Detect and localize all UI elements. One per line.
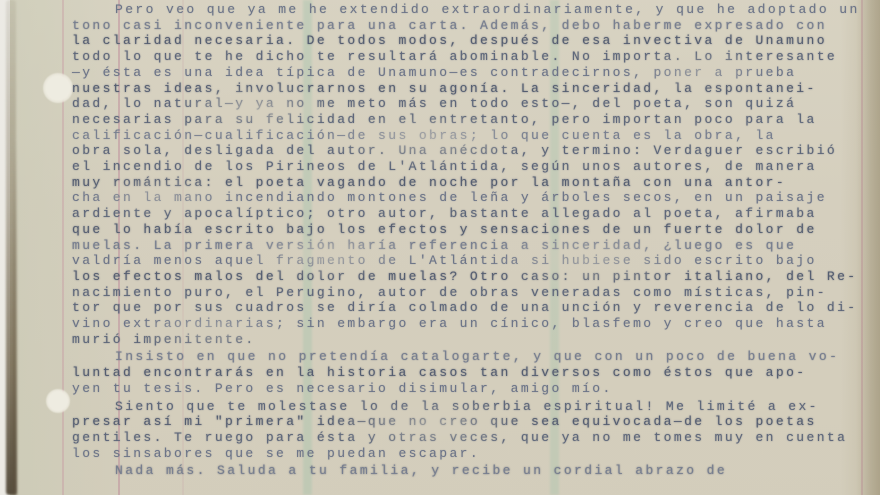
text-line: valdría menos aquel fragmento de L'Atlán… (72, 253, 862, 269)
text-line: nuestras ideas, involucrarnos en su agon… (72, 81, 862, 97)
text-line: Insisto en que no pretendía catalogarte,… (72, 349, 862, 365)
text-line: que lo había escrito bajo los efectos y … (72, 222, 862, 238)
text-line: presar así mi "primera" idea—que no creo… (72, 414, 862, 430)
paper-left-edge-shadow-lower (13, 140, 17, 495)
text-line: vino extraordinarias; sin embargo era un… (72, 316, 862, 332)
text-line: necesarias para su felicidad en el entre… (72, 112, 862, 128)
text-line: luntad encontrarás en la historia casos … (72, 365, 862, 381)
text-line: tor que por sus cuadros se diría colmado… (72, 300, 862, 316)
text-line: muy romántica: el poeta vagando de noche… (72, 175, 862, 191)
text-line: la claridad necesaria. De todos modos, d… (72, 33, 862, 49)
text-line: calificación—cualificación—de sus obras;… (72, 128, 862, 144)
text-line: gentiles. Te ruego para ésta y otras vec… (72, 430, 862, 446)
text-line: ardiente y apocalíptico; otro autor, bas… (72, 206, 862, 222)
text-line: tono casi inconveniente para una carta. … (72, 18, 862, 34)
text-line: todo lo que te he dicho te resultará abo… (72, 49, 862, 65)
letter-body: Pero veo que ya me he extendido extraord… (72, 2, 862, 479)
text-line: yen tu tesis. Pero es necesario disimula… (72, 381, 862, 397)
text-line: muelas. La primera versión haría referen… (72, 238, 862, 254)
text-line: Pero veo que ya me he extendido extraord… (72, 2, 862, 18)
text-line: nacimiento puro, el Perugino, autor de o… (72, 285, 862, 301)
text-line: Siento que te molestase lo de la soberbi… (72, 399, 862, 415)
text-line: el incendio de los Pirineos de L'Atlánti… (72, 159, 862, 175)
text-line: los efectos malos del dolor de muelas? O… (72, 269, 862, 285)
punch-hole-bottom (46, 389, 70, 413)
punch-hole-top (43, 73, 73, 103)
text-line: Nada más. Saluda a tu familia, y recibe … (72, 463, 862, 479)
text-line: murió impenitente. (72, 332, 862, 348)
text-line: los sinsabores que se me puedan escapar. (72, 446, 862, 462)
text-line: cha en la mano incendiando montones de l… (72, 190, 862, 206)
text-line: —y ésta es una idea típica de Unamuno—es… (72, 65, 862, 81)
text-line: dad, lo natural—y ya no me meto más en t… (72, 96, 862, 112)
text-line: obra sola, desligada del autor. Una anéc… (72, 143, 862, 159)
